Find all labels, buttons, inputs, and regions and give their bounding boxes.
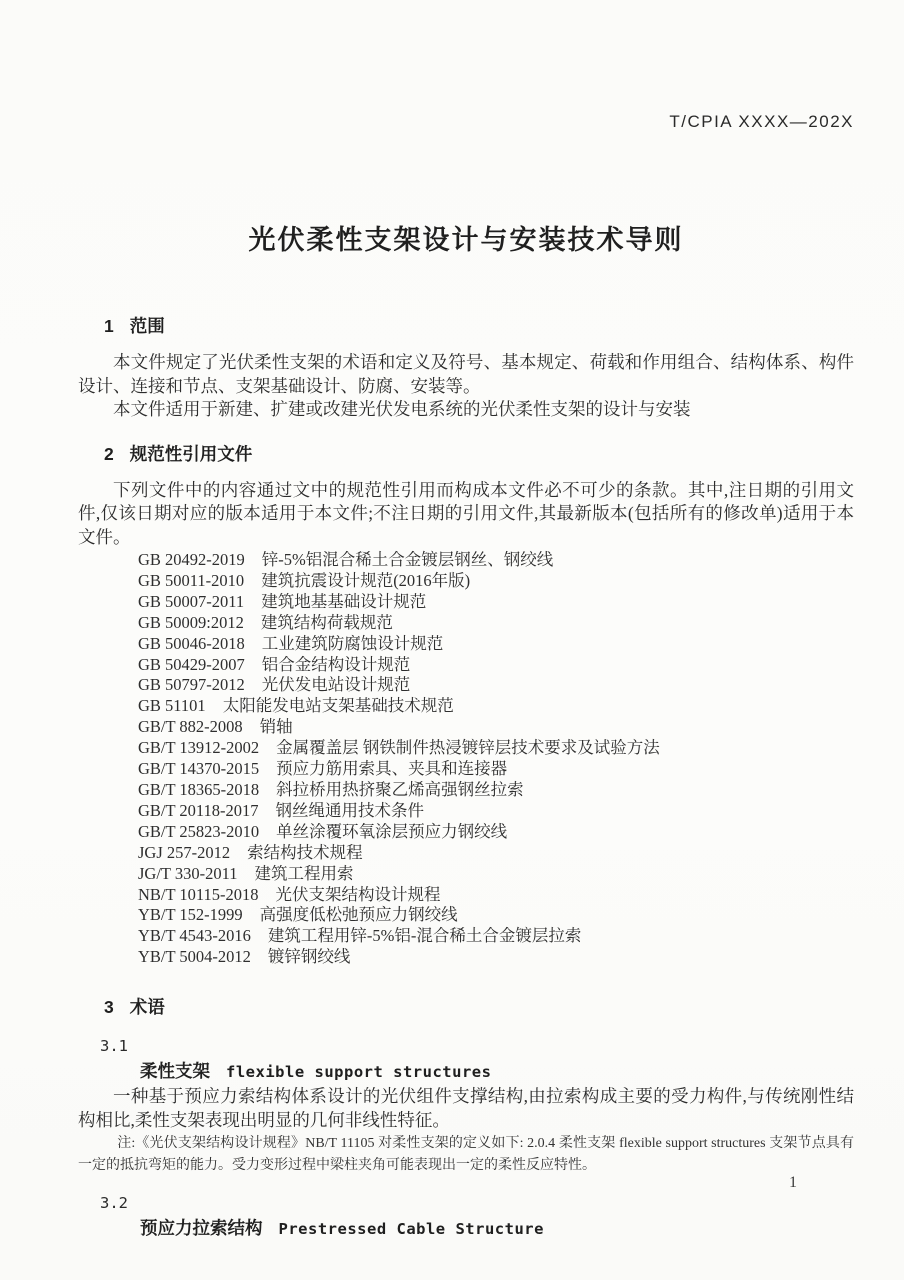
standard-doc-number: T/CPIA XXXX—202X: [78, 112, 854, 132]
reference-item: YB/T 152-1999高强度低松弛预应力钢绞线: [138, 905, 854, 926]
section-heading-normative-refs: 2规范性引用文件: [104, 441, 854, 466]
section-number: 2: [104, 444, 114, 464]
reference-code: YB/T 5004-2012: [138, 947, 251, 966]
reference-item: GB/T 20118-2017钢丝绳通用技术条件: [138, 801, 854, 822]
reference-title: 建筑地基基础设计规范: [261, 592, 426, 611]
term-en: Prestressed Cable Structure: [279, 1220, 544, 1238]
reference-item: GB 50046-2018工业建筑防腐蚀设计规范: [138, 634, 854, 655]
reference-title: 建筑抗震设计规范(2016年版): [261, 571, 470, 590]
section-heading-scope: 1范围: [104, 313, 854, 338]
reference-code: GB/T 14370-2015: [138, 759, 259, 778]
page-number: 1: [789, 1174, 797, 1192]
clause-number-3-1: 3.1: [100, 1036, 854, 1057]
reference-item: JGJ 257-2012索结构技术规程: [138, 843, 854, 864]
reference-title: 建筑结构荷载规范: [261, 613, 393, 632]
reference-title: 工业建筑防腐蚀设计规范: [262, 634, 444, 653]
reference-item: GB 51101太阳能发电站支架基础技术规范: [138, 696, 854, 717]
reference-code: JG/T 330-2011: [138, 864, 237, 883]
reference-code: GB 51101: [138, 696, 206, 715]
reference-item: GB 50007-2011建筑地基基础设计规范: [138, 592, 854, 613]
reference-item: GB 50429-2007铝合金结构设计规范: [138, 655, 854, 676]
reference-code: GB 50007-2011: [138, 592, 244, 611]
reference-code: GB 20492-2019: [138, 550, 245, 569]
reference-title: 预应力筋用索具、夹具和连接器: [276, 759, 507, 778]
reference-title: 锌-5%铝混合稀土合金镀层钢丝、钢绞线: [262, 550, 554, 569]
reference-code: GB/T 18365-2018: [138, 780, 259, 799]
reference-code: YB/T 152-1999: [138, 905, 243, 924]
reference-item: JG/T 330-2011建筑工程用索: [138, 864, 854, 885]
reference-title: 高强度低松弛预应力钢绞线: [260, 905, 458, 924]
reference-title: 单丝涂覆环氧涂层预应力钢绞线: [276, 822, 507, 841]
reference-item: GB/T 25823-2010单丝涂覆环氧涂层预应力钢绞线: [138, 822, 854, 843]
reference-title: 太阳能发电站支架基础技术规范: [223, 696, 454, 715]
reference-code: GB/T 13912-2002: [138, 738, 259, 757]
scope-paragraph-2: 本文件适用于新建、扩建或改建光伏发电系统的光伏柔性支架的设计与安装: [78, 398, 854, 422]
section-number: 3: [104, 997, 114, 1017]
reference-code: GB 50009:2012: [138, 613, 244, 632]
reference-item: YB/T 4543-2016建筑工程用锌-5%铝-混合稀土合金镀层拉索: [138, 926, 854, 947]
reference-title: 建筑工程用锌-5%铝-混合稀土合金镀层拉索: [268, 926, 581, 945]
reference-title: 斜拉桥用热挤聚乙烯高强钢丝拉索: [276, 780, 524, 799]
reference-code: GB/T 882-2008: [138, 717, 243, 736]
reference-code: GB/T 20118-2017: [138, 801, 259, 820]
reference-item: NB/T 10115-2018光伏支架结构设计规程: [138, 885, 854, 906]
clause-number-3-2: 3.2: [100, 1193, 854, 1214]
reference-code: GB 50011-2010: [138, 571, 244, 590]
reference-item: GB/T 18365-2018斜拉桥用热挤聚乙烯高强钢丝拉索: [138, 780, 854, 801]
document-page: T/CPIA XXXX—202X 光伏柔性支架设计与安装技术导则 1范围 本文件…: [0, 0, 904, 1280]
reference-title: 光伏支架结构设计规程: [276, 885, 441, 904]
reference-list: GB 20492-2019锌-5%铝混合稀土合金镀层钢丝、钢绞线 GB 5001…: [138, 550, 854, 968]
reference-title: 铝合金结构设计规范: [262, 655, 411, 674]
reference-item: GB 50797-2012光伏发电站设计规范: [138, 675, 854, 696]
reference-item: GB 50011-2010建筑抗震设计规范(2016年版): [138, 571, 854, 592]
reference-code: YB/T 4543-2016: [138, 926, 251, 945]
section-title: 术语: [130, 997, 165, 1017]
reference-title: 索结构技术规程: [247, 843, 363, 862]
term-entry-flexible-support: 柔性支架flexible support structures: [140, 1060, 854, 1083]
reference-title: 金属覆盖层 钢铁制件热浸镀锌层技术要求及试验方法: [276, 738, 660, 757]
term-definition: 一种基于预应力索结构体系设计的光伏组件支撑结构,由拉索构成主要的受力构件,与传统…: [78, 1085, 854, 1132]
reference-code: GB/T 25823-2010: [138, 822, 259, 841]
term-note: 注:《光伏支架结构设计规程》NB/T 11105 对柔性支架的定义如下: 2.0…: [78, 1133, 854, 1176]
reference-item: GB/T 882-2008销轴: [138, 717, 854, 738]
reference-code: JGJ 257-2012: [138, 843, 230, 862]
reference-title: 光伏发电站设计规范: [262, 675, 411, 694]
scope-paragraph-1: 本文件规定了光伏柔性支架的术语和定义及符号、基本规定、荷载和作用组合、结构体系、…: [78, 351, 854, 398]
section-number: 1: [104, 316, 114, 336]
section-title: 范围: [130, 316, 165, 336]
page-content: T/CPIA XXXX—202X 光伏柔性支架设计与安装技术导则 1范围 本文件…: [0, 0, 904, 1280]
normative-refs-intro: 下列文件中的内容通过文中的规范性引用而构成本文件必不可少的条款。其中,注日期的引…: [78, 479, 854, 550]
section-heading-terms: 3术语: [104, 994, 854, 1019]
section-title: 规范性引用文件: [130, 444, 253, 464]
reference-code: GB 50797-2012: [138, 675, 245, 694]
term-entry-prestressed-cable: 预应力拉索结构Prestressed Cable Structure: [140, 1217, 854, 1240]
reference-item: GB 50009:2012建筑结构荷载规范: [138, 613, 854, 634]
reference-code: GB 50046-2018: [138, 634, 245, 653]
document-title: 光伏柔性支架设计与安装技术导则: [78, 218, 854, 257]
reference-title: 镀锌钢绞线: [268, 947, 351, 966]
reference-code: GB 50429-2007: [138, 655, 245, 674]
reference-title: 钢丝绳通用技术条件: [276, 801, 425, 820]
term-en: flexible support structures: [226, 1063, 491, 1081]
term-zh: 柔性支架: [140, 1061, 210, 1081]
reference-item: GB/T 14370-2015预应力筋用索具、夹具和连接器: [138, 759, 854, 780]
reference-code: NB/T 10115-2018: [138, 885, 259, 904]
term-zh: 预应力拉索结构: [140, 1218, 263, 1238]
reference-title: 建筑工程用索: [254, 864, 353, 883]
reference-item: YB/T 5004-2012镀锌钢绞线: [138, 947, 854, 968]
reference-title: 销轴: [260, 717, 293, 736]
reference-item: GB 20492-2019锌-5%铝混合稀土合金镀层钢丝、钢绞线: [138, 550, 854, 571]
reference-item: GB/T 13912-2002金属覆盖层 钢铁制件热浸镀锌层技术要求及试验方法: [138, 738, 854, 759]
